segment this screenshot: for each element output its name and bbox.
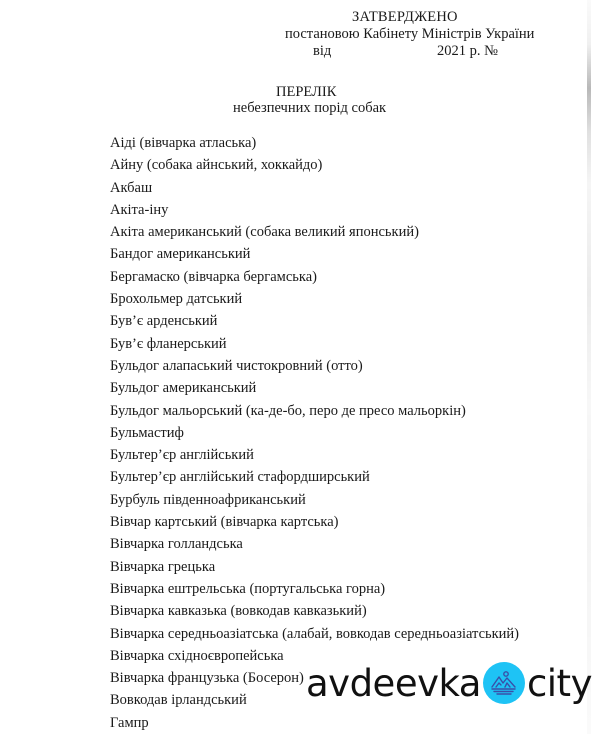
watermark-right-text: city — [527, 662, 592, 705]
approval-date-prefix: від — [313, 43, 331, 59]
breed-list-item: Бульдог американський — [110, 377, 519, 399]
breed-list-item: Акіта-іну — [110, 199, 519, 221]
breed-list-item: Бурбуль південноафриканський — [110, 489, 519, 511]
approval-date-year: 2021 р. № — [437, 43, 498, 60]
breed-list-item: Вівчарка кавказька (вовкодав кавказький) — [110, 600, 519, 622]
breed-list-item: Аіді (вівчарка атласька) — [110, 132, 519, 154]
breed-list-item: Вівчарка ештрельська (португальська горн… — [110, 578, 519, 600]
approval-date: від 2021 р. № — [313, 43, 331, 60]
breed-list-item: Вівчарка середньоазіатська (алабай, вовк… — [110, 623, 519, 645]
mountains-water-icon — [483, 662, 525, 704]
approval-issuer: постановою Кабінету Міністрів України — [285, 26, 534, 43]
breed-list-item: Бультер’єр англійський — [110, 444, 519, 466]
watermark-logo: avdeevka city — [306, 655, 592, 711]
breed-list-item: Акіта американський (собака великий япон… — [110, 221, 519, 243]
breed-list-item: Вівчарка грецька — [110, 556, 519, 578]
breed-list-item: Бергамаско (вівчарка бергамська) — [110, 266, 519, 288]
watermark-left-text: avdeevka — [306, 662, 481, 705]
breed-list-item: Бульмастиф — [110, 422, 519, 444]
breed-list-item: Акбаш — [110, 177, 519, 199]
breed-list-item: Брохольмер датський — [110, 288, 519, 310]
document-subtitle: небезпечних порід собак — [233, 100, 386, 117]
breed-list-item: Бульдог мальорський (ка-де-бо, перо де п… — [110, 400, 519, 422]
breed-list-item: Бультер’єр англійський стафордширський — [110, 466, 519, 488]
breed-list-item: Бульдог алапаський чистокровний (отто) — [110, 355, 519, 377]
breed-list-item: Був’є арденський — [110, 310, 519, 332]
approval-status: ЗАТВЕРДЖЕНО — [352, 9, 458, 26]
document-title: ПЕРЕЛІК — [276, 84, 336, 101]
breed-list-item: Гампр — [110, 712, 519, 734]
breed-list-item: Був’є фланерський — [110, 333, 519, 355]
breed-list-item: Бандог американський — [110, 243, 519, 265]
breed-list-item: Айну (собака айнський, хоккайдо) — [110, 154, 519, 176]
breed-list-item: Вівчар картський (вівчарка картська) — [110, 511, 519, 533]
scan-edge-artifact — [587, 0, 591, 734]
breed-list-item: Вівчарка голландська — [110, 533, 519, 555]
breed-list: Аіді (вівчарка атласька)Айну (собака айн… — [110, 132, 519, 734]
